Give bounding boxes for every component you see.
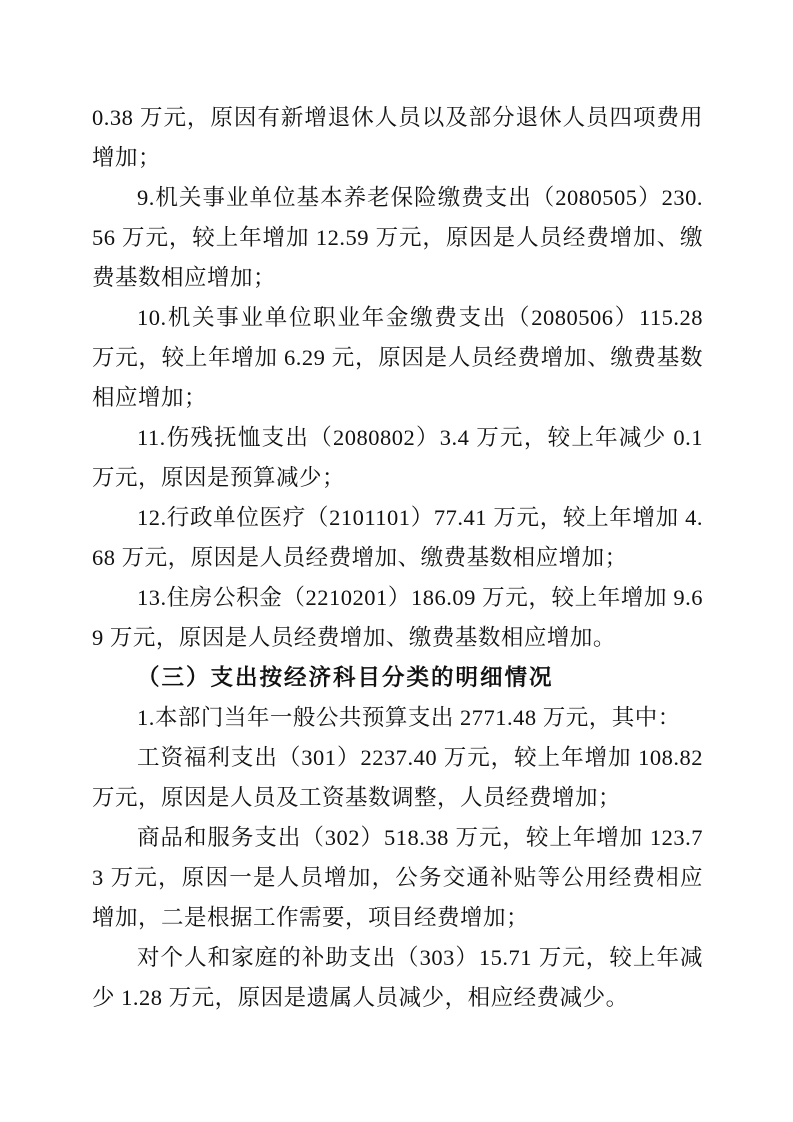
section-heading: （三）支出按经济科目分类的明细情况 [92, 658, 703, 698]
body-paragraph: 11.伤残抚恤支出（2080802）3.4 万元，较上年减少 0.1 万元，原因… [92, 418, 703, 498]
body-paragraph: 对个人和家庭的补助支出（303）15.71 万元，较上年减少 1.28 万元，原… [92, 938, 703, 1018]
body-paragraph: 工资福利支出（301）2237.40 万元，较上年增加 108.82 万元，原因… [92, 738, 703, 818]
body-paragraph: 1.本部门当年一般公共预算支出 2771.48 万元，其中： [92, 698, 703, 738]
body-paragraph: 9.机关事业单位基本养老保险缴费支出（2080505）230.56 万元，较上年… [92, 178, 703, 298]
body-paragraph: 0.38 万元，原因有新增退休人员以及部分退休人员四项费用增加； [92, 98, 703, 178]
body-paragraph: 12.行政单位医疗（2101101）77.41 万元，较上年增加 4.68 万元… [92, 498, 703, 578]
body-paragraph: 10.机关事业单位职业年金缴费支出（2080506）115.28 万元，较上年增… [92, 298, 703, 418]
document-page: 0.38 万元，原因有新增退休人员以及部分退休人员四项费用增加； 9.机关事业单… [0, 0, 793, 1122]
body-paragraph: 13.住房公积金（2210201）186.09 万元，较上年增加 9.69 万元… [92, 578, 703, 658]
body-paragraph: 商品和服务支出（302）518.38 万元，较上年增加 123.73 万元，原因… [92, 818, 703, 938]
document-body: 0.38 万元，原因有新增退休人员以及部分退休人员四项费用增加； 9.机关事业单… [92, 98, 703, 1018]
